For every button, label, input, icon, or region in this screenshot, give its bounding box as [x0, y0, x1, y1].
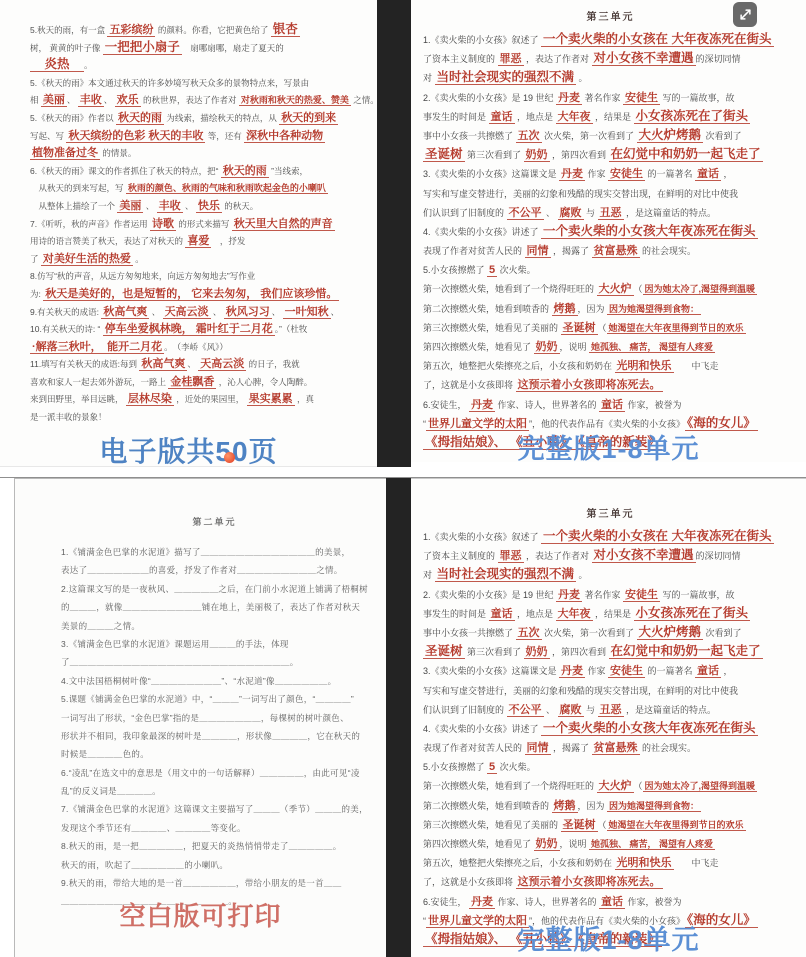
doc-body: 1.《卖火柴的小女孩》叙述了 一个卖火柴的小女孩在 大年夜冻死在街头了资本主义制…: [423, 29, 798, 451]
document-preview-canvas: 5.秋天的雨，有一盒 五彩缤纷 的颜料。你看，它把黄色给了 银杏树， 黄黄的叶子…: [0, 0, 806, 957]
question-text: 表现了作者对贫苦人民的: [423, 246, 525, 256]
answer-text: 她孤独、 痛苦， 渴望有人疼爱: [589, 342, 715, 353]
question-text: ，结果是: [593, 609, 634, 619]
answer-text: 童话: [489, 111, 515, 124]
answer-text: 小女孩冻死在了街头: [634, 109, 751, 124]
question-text: 之情。: [351, 95, 377, 105]
doc-line: 的＿＿＿，就像＿＿＿＿＿＿＿＿＿铺在地上，美丽极了，表达了作者对秋天: [61, 597, 368, 615]
answer-text: 一个卖火柴的小女孩大年夜冻死在街头: [541, 721, 758, 736]
answer-text: 秋风习习: [224, 306, 272, 319]
question-text: 从整体上描绘了一个: [30, 201, 117, 211]
question-text: （: [634, 781, 643, 791]
answer-text: 丹麦: [559, 665, 585, 678]
doc-line: 3.《卖火柴的小女孩》这篇课文是 丹麦 作家 安徒生 的一篇著名 童话 ，: [423, 163, 798, 182]
answer-text: 5: [487, 264, 497, 277]
question-text: 了资本主义制度的: [423, 54, 498, 64]
question-text: ，说明: [560, 839, 590, 849]
question-text: 2.这篇课文写的是一夜秋风、＿＿＿＿＿之后，在门前小水泥道上铺满了梧桐树: [61, 584, 368, 594]
question-text: 7.《铺满金色巴掌的水泥道》这篇课文主要描写了＿＿＿（季节）＿＿＿的美，: [61, 804, 368, 814]
question-text: ，表达了作者对: [524, 54, 592, 64]
question-text: ，是这篇童话的特点。: [624, 705, 717, 715]
question-text: 的秋世界，表达了作者对: [141, 95, 239, 105]
question-text: 第三次擦燃火柴，她看见了美丽的: [423, 323, 561, 333]
doc-line: 喜欢和家人一起去郊外游玩，一路上 金桂飘香 ，沁人心脾，令人陶醉。: [30, 372, 367, 390]
question-text: 第三次看到了: [465, 150, 524, 160]
expand-icon: [738, 7, 753, 22]
question-text: 第一次擦燃火柴，她看到了一个烧得旺旺的: [423, 284, 597, 294]
answer-text: 烤鹅: [552, 303, 578, 316]
question-text: （: [634, 284, 643, 294]
doc-line: 7.《听听，秋的声音》作者运用 诗歌 的形式来描写 秋天里大自然的声音: [30, 214, 367, 232]
doc-line: 第二次擦燃火柴，她看到喷香的 烤鹅，因为 因为她渴望得到食物：: [423, 298, 798, 317]
question-text: 相: [30, 95, 41, 105]
question-text: 的日子，我就: [246, 359, 299, 369]
question-text: 的一篇著名: [645, 169, 695, 179]
question-text: 事发生的时间是: [423, 609, 489, 619]
question-text: 第五次，她整把火柴擦亮之后，小女孩和奶奶在: [423, 361, 615, 371]
answer-text: 停车坐爱枫林晚， 霜叶红于二月花: [103, 323, 275, 336]
question-text: 秋天的雨，吹起了＿＿＿＿＿＿的小喇叭。: [61, 860, 228, 870]
answer-text: 奶奶: [534, 341, 560, 354]
answer-text: 贫富悬殊: [592, 742, 640, 755]
question-text: ，表达了作者对: [524, 551, 592, 561]
doc-body: 1.《卖火柴的小女孩》叙述了 一个卖火柴的小女孩在 大年夜冻死在街头了资本主义制…: [423, 526, 798, 948]
answer-text: 因为她渴望得到食物：: [607, 801, 701, 812]
question-text: 1.《铺满金色巴掌的水泥道》描写了＿＿＿＿＿＿＿＿＿＿＿＿＿的美景，: [61, 547, 350, 557]
question-text: 表现了作者对贫苦人民的: [423, 743, 525, 753]
doc-line: 2.《卖火柴的小女孩》是 19 世纪 丹麦 著名作家 安徒生 写的一篇故事，故: [423, 87, 798, 106]
question-text: 、: [272, 307, 283, 317]
question-text: 、: [544, 208, 558, 218]
question-text: 作家，被誉为: [625, 400, 682, 410]
doc-line: 们认识到了旧制度的 不公平 、 腐败 与 丑恶 ，是这篇童话的特点。: [423, 202, 798, 221]
question-text: 第三次擦燃火柴，她看见了美丽的: [423, 820, 561, 830]
doc-line: 第一次擦燃火柴，她看到了一个烧得旺旺的 大火炉（因为她太冷了,渴望得到温暖: [423, 775, 798, 794]
doc-line: 11.填写有关秋天的成语:每到 秋高气爽、 天高云淡 的日子，我就: [30, 354, 367, 372]
answer-text: ·解落三秋叶， 能开二月花: [30, 341, 164, 354]
answer-text: 同情: [525, 742, 551, 755]
answer-text: 天高云淡: [198, 358, 246, 371]
question-text: 3.《铺满金色巴掌的水泥道》课题运用＿＿＿的手法，体现: [61, 639, 289, 649]
doc-line: 第二次擦燃火柴，她看到喷香的 烤鹅，因为 因为她渴望得到食物：: [423, 795, 798, 814]
question-text: ，: [721, 666, 733, 676]
doc-line: 用诗的语言赞美了秋天，表达了对秋天的 喜爱 ，抒发: [30, 231, 367, 249]
answer-text: 大年夜: [556, 608, 593, 621]
question-text: ，结果是: [593, 112, 634, 122]
answer-text: 层林尽染: [126, 393, 174, 406]
answer-text: 丹麦: [556, 589, 582, 602]
doc-line: 4.文中法国梧桐树叶像“＿＿＿＿＿＿＿＿”、“水泥道”像＿＿＿＿＿＿。: [61, 671, 368, 689]
doc-line: 形状并不相同，我印象最深的树叶是＿＿＿＿，形状像＿＿＿＿，它在秋天的: [61, 726, 368, 744]
question-text: 、: [331, 307, 340, 317]
answer-text: 丹麦: [559, 168, 585, 181]
answer-text: 植物准备过冬: [30, 147, 100, 160]
answer-text: 圣诞树: [561, 322, 598, 335]
question-text: 事中小女孩一共擦燃了: [423, 131, 516, 141]
answer-text: 对美好生活的热爱: [41, 253, 133, 266]
question-text: 作家: [585, 169, 608, 179]
question-text: 5.秋天的雨，有一盒: [30, 25, 107, 35]
answer-text: 圣诞树: [423, 644, 465, 659]
answer-text: 在幻觉中和奶奶一起飞走了: [609, 147, 763, 162]
question-text: 、: [183, 201, 196, 211]
question-text: ，因为: [578, 801, 608, 811]
doc-line: 时候是＿＿＿＿色的。: [61, 744, 368, 762]
question-text: ，沁人心脾，令人陶醉。: [216, 377, 312, 387]
doc-line: 第五次，她整把火柴擦亮之后，小女孩和奶奶在 光明和快乐 中飞走: [423, 355, 798, 374]
question-text: 7.《听听，秋的声音》作者运用: [30, 219, 150, 229]
question-text: 了，这就是小女孩即将: [423, 380, 516, 390]
doc-line: 4.《卖火柴的小女孩》讲述了 一个卖火柴的小女孩大年夜冻死在街头: [423, 221, 798, 240]
answer-text: 安徒生: [623, 589, 660, 602]
question-text: 乱”的反义词是＿＿＿＿。: [61, 786, 161, 796]
question-text: 。: [576, 73, 588, 83]
question-text: ，说明: [560, 342, 590, 352]
question-text: ”当线索，: [269, 166, 308, 176]
question-text: ，近处的果园里，: [174, 394, 247, 404]
doc-line: 乱”的反义词是＿＿＿＿。: [61, 781, 368, 799]
answer-text: 丰收: [157, 200, 183, 213]
question-text: 8.秋天的雨，是一把＿＿＿＿＿，把夏天的炎热悄悄带走了＿＿＿＿＿。: [61, 841, 342, 851]
doc-line: 9.秋天的雨，带给大地的是一首＿＿＿＿＿＿，带给小朋友的是一首＿＿: [61, 873, 368, 891]
question-text: 写起、写: [30, 131, 66, 141]
question-text: 著名作家: [582, 93, 623, 103]
answer-text: 腐败: [558, 704, 584, 717]
doc-line: 5.小女孩擦燃了 5 次火柴。: [423, 259, 798, 278]
answer-text: 安徒生: [623, 92, 660, 105]
footer-complete-version: 完整版1-8单元: [411, 427, 806, 462]
doc-line: 植物准备过冬 的情景。: [30, 143, 367, 161]
question-text: 作家，被誉为: [625, 897, 682, 907]
question-text: 的颜料。你看，它把黄色给了: [155, 25, 270, 35]
answer-text: 对小女孩不幸遭遇: [592, 51, 696, 66]
answer-text: 五次: [516, 130, 542, 143]
answer-text: 喜爱: [185, 235, 211, 248]
answer-text: 大火炉: [597, 283, 634, 296]
doc-line: 圣诞树 第三次看到了 奶奶 ，第四次看到 在幻觉中和奶奶一起飞走了: [423, 144, 798, 163]
question-text: 表达了＿＿＿＿＿＿＿的喜爱，抒发了作者对＿＿＿＿＿＿＿＿＿之情。: [61, 565, 343, 575]
answer-text: 大火炉烤鹅: [637, 625, 704, 640]
doc-line: 炎热 。: [30, 55, 367, 73]
answer-text: 5: [487, 761, 497, 774]
expand-button[interactable]: [733, 2, 757, 27]
doc-line: 3.《卖火柴的小女孩》这篇课文是 丹麦 作家 安徒生 的一篇著名 童话 ，: [423, 660, 798, 679]
doc-line: 9.有关秋天的成语: 秋高气爽 、 天高云淡 、 秋风习习、 一叶知秋、: [30, 302, 367, 320]
footer-electronic-version: 电子版共50页: [0, 430, 377, 467]
doc-line: 了资本主义制度的 罪恶 ，表达了作者对 对小女孩不幸遭遇的深切同情: [423, 545, 798, 564]
question-text: 是一派丰收的景象！: [30, 412, 107, 422]
question-text: 4.《卖火柴的小女孩》讲述了: [423, 227, 541, 237]
question-text: ，地点是: [515, 112, 556, 122]
question-text: ，地点是: [515, 609, 556, 619]
question-text: 10.有关秋天的诗: “: [30, 324, 103, 334]
answer-text: 在幻觉中和奶奶一起飞走了: [609, 644, 763, 659]
doc-line: 5.《秋天的雨》作者以 秋天的雨 为线索，描绘秋天的特点，从 秋天的到来: [30, 108, 367, 126]
answer-text: 小女孩冻死在了街头: [634, 606, 751, 621]
doc-line: 6.安徒生， 丹麦 作家、诗人，世界著名的 童话 作家，被誉为: [423, 394, 798, 413]
question-text: 4.文中法国梧桐树叶像“＿＿＿＿＿＿＿＿”、“水泥道”像＿＿＿＿＿＿。: [61, 676, 336, 686]
answer-text: 一个卖火柴的小女孩在 大年夜冻死在街头: [541, 529, 773, 544]
question-text: 、: [544, 705, 558, 715]
question-text: 为:: [30, 289, 43, 299]
question-text: 中飞走: [674, 361, 719, 371]
doc-line: 了资本主义制度的 罪恶 ，表达了作者对 对小女孩不幸遭遇的深切同情: [423, 48, 798, 67]
doc-line: 第三次擦燃火柴，她看见了美丽的 圣诞树（她渴望在大年夜里得到节日的欢乐: [423, 814, 798, 833]
page-top-left-autumn-rain-answers: 5.秋天的雨，有一盒 五彩缤纷 的颜料。你看，它把黄色给了 银杏树， 黄黄的叶子…: [0, 0, 377, 467]
answer-text: 对秋雨和秋天的热爱、赞美: [239, 95, 351, 106]
question-text: 为线索，描绘秋天的特点，从: [164, 113, 279, 123]
question-text: 次火柴。: [497, 265, 536, 275]
doc-line: 美景的＿＿＿之情。: [61, 616, 368, 634]
question-text: 从秋天的到来写起，写: [30, 183, 126, 193]
question-text: 的社会现实。: [640, 246, 697, 256]
question-text: 一词写出了形状，“金色巴掌”指的是＿＿＿＿＿＿＿，每棵树的树叶颜色、: [61, 713, 349, 723]
question-text: 的情景。: [100, 148, 136, 158]
answer-text: 圣诞树: [561, 819, 598, 832]
question-text: 的社会现实。: [640, 743, 697, 753]
doc-line: 从秋天的到来写起，写 秋雨的颜色、秋雨的气味和秋雨吹起金色的小喇叭: [30, 178, 367, 196]
answer-text: 秋天里大自然的声音: [232, 218, 335, 231]
question-text: （: [598, 820, 607, 830]
doc-line: 1.《卖火柴的小女孩》叙述了 一个卖火柴的小女孩在 大年夜冻死在街头: [423, 526, 798, 545]
doc-line: 从整体上描绘了一个 美丽 、 丰收 、 快乐 的秋天。: [30, 196, 367, 214]
answer-text: 罪恶: [498, 53, 524, 66]
doc-line: ·解落三秋叶， 能开二月花。 （李峤《风》）: [30, 337, 367, 355]
question-text: 写实和写虚交替进行，美丽的幻象和残酷的现实交替出现，在鲜明的对比中使我: [423, 686, 738, 696]
answer-text: 安徒生: [608, 168, 645, 181]
doc-line: 2.这篇课文写的是一夜秋风、＿＿＿＿＿之后，在门前小水泥道上铺满了梧桐树: [61, 579, 368, 597]
question-text: 与: [584, 208, 598, 218]
question-text: 5.小女孩擦燃了: [423, 762, 487, 772]
answer-text: 因为她太冷了,渴望得到温暖: [643, 781, 758, 792]
answer-text: 丑恶: [598, 704, 624, 717]
answer-text: 秋天的到来: [279, 112, 338, 125]
question-text: 了: [30, 254, 41, 264]
answer-text: 因为她太冷了,渴望得到温暖: [643, 284, 758, 295]
answer-text: 美丽: [41, 94, 67, 107]
question-text: 扇哪扇哪，扇走了夏天的: [182, 43, 284, 53]
question-text: 、: [149, 307, 162, 317]
dark-divider-strip-top: [377, 0, 411, 467]
question-text: 写的一篇故事，故: [660, 93, 735, 103]
question-text: 第二次擦燃火柴，她看到喷香的: [423, 801, 552, 811]
question-text: 们认识到了旧制度的: [423, 705, 507, 715]
question-text: 了＿＿＿＿＿＿＿＿＿＿＿＿＿＿＿＿＿＿＿＿＿＿＿＿＿。: [61, 657, 299, 667]
doc-line: 5.课题《铺满金色巴掌的水泥道》中，“＿＿＿”一词写出了颜色，“＿＿＿＿”: [61, 689, 368, 707]
question-text: 。”（杜牧: [275, 324, 308, 334]
answer-text: 不公平: [507, 704, 544, 717]
doc-line: 为: 秋天是美好的，也是短暂的， 它来去匆匆， 我们应该珍惜。: [30, 284, 367, 302]
answer-text: 欢乐: [115, 94, 141, 107]
doc-line: 来到田野里，举目远眺， 层林尽染 ，近处的果园里， 果实累累 ，真: [30, 389, 367, 407]
doc-line: 第四次擦燃火柴，她看见了 奶奶，说明 她孤独、 痛苦， 渴望有人疼爱: [423, 336, 798, 355]
question-text: ，抒发: [211, 236, 245, 246]
doc-line: 6.“凌乱”在选文中的意思是（用文中的一句话解释）＿＿＿＿＿，由此可见“凌: [61, 763, 368, 781]
answer-text: 烤鹅: [552, 800, 578, 813]
doc-line: 了 对美好生活的热爱 。: [30, 249, 367, 267]
page-bottom-right-unit3-answers: 第三单元 1.《卖火柴的小女孩》叙述了 一个卖火柴的小女孩在 大年夜冻死在街头了…: [411, 478, 806, 957]
question-text: 对: [423, 73, 435, 83]
answer-text: 果实累累: [247, 393, 295, 406]
question-text: 来到田野里，举目远眺，: [30, 394, 126, 404]
doc-line: 对 当时社会现实的强烈不满 。: [423, 564, 798, 583]
question-text: 用诗的语言赞美了秋天，表达了对秋天的: [30, 236, 185, 246]
question-text: 的＿＿＿，就像＿＿＿＿＿＿＿＿＿铺在地上，美丽极了，表达了作者对秋天: [61, 602, 360, 612]
answer-text: 奶奶: [524, 646, 550, 659]
doc-line: 第五次，她整把火柴擦亮之后，小女孩和奶奶在 光明和快乐 中飞走: [423, 852, 798, 871]
page-top-right-unit3-answers: 第三单元 1.《卖火柴的小女孩》叙述了 一个卖火柴的小女孩在 大年夜冻死在街头了…: [411, 0, 806, 462]
question-text: 事中小女孩一共擦燃了: [423, 628, 516, 638]
doc-line: 8.秋天的雨，是一把＿＿＿＿＿，把夏天的炎热悄悄带走了＿＿＿＿＿。: [61, 836, 368, 854]
question-text: 的一篇著名: [645, 666, 695, 676]
question-text: 2.《卖火柴的小女孩》是 19 世纪: [423, 93, 556, 103]
answer-text: 深秋中各种动物: [244, 130, 325, 143]
doc-line: 写实和写虚交替进行，美丽的幻象和残酷的现实交替出现，在鲜明的对比中使我: [423, 680, 798, 699]
answer-text: 童话: [695, 168, 721, 181]
question-text: 次看到了: [703, 628, 742, 638]
question-text: 作家、诗人，世界著名的: [495, 400, 599, 410]
question-text: 们认识到了旧制度的: [423, 208, 507, 218]
question-text: 5.小女孩擦燃了: [423, 265, 487, 275]
question-text: 、: [211, 307, 224, 317]
question-text: 对: [423, 570, 435, 580]
answer-text: 大年夜: [556, 111, 593, 124]
question-text: 作家、诗人，世界著名的: [495, 897, 599, 907]
answer-text: 安徒生: [608, 665, 645, 678]
answer-text: 一叶知秋: [283, 306, 331, 319]
doc-line: 5.秋天的雨，有一盒 五彩缤纷 的颜料。你看，它把黄色给了 银杏: [30, 20, 367, 38]
question-text: 6.安徒生，: [423, 400, 469, 410]
answer-text: 光明和快乐: [615, 360, 674, 373]
page-bottom-left-unit2-blank: 第二单元 1.《铺满金色巴掌的水泥道》描写了＿＿＿＿＿＿＿＿＿＿＿＿＿的美景，表…: [14, 478, 386, 957]
doc-line: 2.《卖火柴的小女孩》是 19 世纪 丹麦 著名作家 安徒生 写的一篇故事，故: [423, 584, 798, 603]
answer-text: 她渴望在大年夜里得到节日的欢乐: [607, 820, 746, 831]
question-text: 写的一篇故事，故: [660, 590, 735, 600]
question-text: 、: [187, 359, 198, 369]
doc-line: 4.《卖火柴的小女孩》讲述了 一个卖火柴的小女孩大年夜冻死在街头: [423, 718, 798, 737]
question-text: 6.“凌乱”在选文中的意思是（用文中的一句话解释）＿＿＿＿＿，由此可见“凌: [61, 768, 360, 778]
question-text: 的深切同情: [696, 54, 741, 64]
answer-text: 一个卖火柴的小女孩大年夜冻死在街头: [541, 224, 758, 239]
question-text: 、: [104, 95, 115, 105]
question-text: 著名作家: [582, 590, 623, 600]
doc-line: 5.小女孩擦燃了 5 次火柴。: [423, 756, 798, 775]
question-text: 第二次擦燃火柴，她看到喷香的: [423, 304, 552, 314]
question-text: 1.《卖火柴的小女孩》叙述了: [423, 35, 541, 45]
question-text: 5.课题《铺满金色巴掌的水泥道》中，“＿＿＿”一词写出了颜色，“＿＿＿＿”: [61, 694, 354, 704]
answer-text: 秋天是美好的，也是短暂的， 它来去匆匆， 我们应该珍惜。: [43, 288, 339, 301]
answer-text: 丑恶: [598, 207, 624, 220]
answer-text: 美丽: [117, 200, 143, 213]
question-text: 次看到了: [703, 131, 742, 141]
question-text: （: [598, 323, 607, 333]
answer-text: 秋天的雨: [116, 112, 164, 125]
answer-text: 这预示着小女孩即将冻死去。: [516, 876, 663, 889]
answer-text: 丰收: [78, 94, 104, 107]
question-text: 次火柴，第一次看到了: [542, 131, 637, 141]
doc-body: 5.秋天的雨，有一盒 五彩缤纷 的颜料。你看，它把黄色给了 银杏树， 黄黄的叶子…: [30, 20, 367, 425]
doc-line: 5.《秋天的雨》本文通过秋天的许多妙境写秋天众多的景物特点来，写景由: [30, 73, 367, 91]
answer-text: 金桂飘香: [168, 376, 216, 389]
question-text: 3.《卖火柴的小女孩》这篇课文是: [423, 169, 559, 179]
answer-text: 一把把小扇子: [103, 40, 182, 55]
answer-text: 因为她渴望得到食物：: [607, 304, 701, 315]
answer-text: 五彩缤纷: [107, 24, 155, 37]
answer-text: 天高云淡: [163, 306, 211, 319]
doc-line: 7.《铺满金色巴掌的水泥道》这篇课文主要描写了＿＿＿（季节）＿＿＿的美，: [61, 799, 368, 817]
doc-line: 发现这个季节还有＿＿＿＿、＿＿＿＿等变化。: [61, 818, 368, 836]
doc-line: 秋天的雨，吹起了＿＿＿＿＿＿的小喇叭。: [61, 855, 368, 873]
doc-line: 相 美丽、 丰收、 欢乐 的秋世界，表达了作者对 对秋雨和秋天的热爱、赞美 之情…: [30, 90, 367, 108]
red-dot-marker: [224, 452, 235, 463]
question-text: 发现这个季节还有＿＿＿＿、＿＿＿＿等变化。: [61, 823, 246, 833]
doc-line: 是一派丰收的景象！: [30, 407, 367, 425]
question-text: ，揭露了: [551, 743, 592, 753]
question-text: 。: [84, 60, 93, 70]
answer-text: 秋天的雨: [221, 165, 269, 178]
doc-line: 6.安徒生， 丹麦 作家、诗人，世界著名的 童话 作家，被誉为: [423, 891, 798, 910]
answer-text: 诗歌: [150, 218, 176, 231]
question-text: 树， 黄黄的叶子像: [30, 43, 103, 53]
answer-text: 童话: [695, 665, 721, 678]
question-text: 美景的＿＿＿之情。: [61, 621, 140, 631]
question-text: 次火柴。: [497, 762, 536, 772]
answer-text: 秋雨的颜色、秋雨的气味和秋雨吹起金色的小喇叭: [126, 183, 328, 194]
answer-text: 奶奶: [534, 838, 560, 851]
answer-text: 不公平: [507, 207, 544, 220]
answer-text: 快乐: [196, 200, 222, 213]
question-text: 5.《秋天的雨》作者以: [30, 113, 116, 123]
question-text: 9.秋天的雨，带给大地的是一首＿＿＿＿＿＿，带给小朋友的是一首＿＿: [61, 878, 342, 888]
answer-text: 贫富悬殊: [592, 245, 640, 258]
doc-line: 1.《铺满金色巴掌的水泥道》描写了＿＿＿＿＿＿＿＿＿＿＿＿＿的美景，: [61, 542, 368, 560]
answer-text: 丹麦: [556, 92, 582, 105]
answer-text: 丹麦: [469, 896, 495, 909]
question-text: 。: [576, 570, 588, 580]
answer-text: 对小女孩不幸遭遇: [592, 548, 696, 563]
answer-text: 这预示着小女孩即将冻死去。: [516, 379, 663, 392]
question-text: 11.填写有关秋天的成语:每到: [30, 359, 139, 369]
doc-line: 第一次擦燃火柴，她看到了一个烧得旺旺的 大火炉（因为她太冷了,渴望得到温暖: [423, 278, 798, 297]
doc-line: 们认识到了旧制度的 不公平 、 腐败 与 丑恶 ，是这篇童话的特点。: [423, 699, 798, 718]
question-text: 事发生的时间是: [423, 112, 489, 122]
doc-line: 树， 黄黄的叶子像 一把把小扇子 扇哪扇哪，扇走了夏天的: [30, 38, 367, 56]
question-text: 次火柴，第一次看到了: [542, 628, 637, 638]
page-title: 第二单元: [61, 515, 368, 528]
question-text: 等，还有: [205, 131, 244, 141]
doc-line: 了，这就是小女孩即将 这预示着小女孩即将冻死去。: [423, 871, 798, 890]
question-text: 形状并不相同，我印象最深的树叶是＿＿＿＿，形状像＿＿＿＿，它在秋天的: [61, 731, 360, 741]
doc-line: 表现了作者对贫苦人民的 同情 ，揭露了 贫富悬殊 的社会现实。: [423, 737, 798, 756]
question-text: 3.《卖火柴的小女孩》这篇课文是: [423, 666, 559, 676]
doc-line: 3.《铺满金色巴掌的水泥道》课题运用＿＿＿的手法，体现: [61, 634, 368, 652]
answer-text: 童话: [599, 399, 625, 412]
question-text: 第三次看到了: [465, 647, 524, 657]
answer-text: 一个卖火柴的小女孩在 大年夜冻死在街头: [541, 32, 773, 47]
doc-line: 事发生的时间是 童话 ，地点是 大年夜 ，结果是 小女孩冻死在了街头: [423, 603, 798, 622]
question-text: 。: [133, 254, 144, 264]
question-text: 的形式来描写: [176, 219, 232, 229]
question-text: ，第四次看到: [550, 150, 609, 160]
question-text: 5.《秋天的雨》本文通过秋天的许多妙境写秋天众多的景物特点来，写景由: [30, 78, 309, 88]
answer-text: 大火炉: [597, 780, 634, 793]
question-text: 时候是＿＿＿＿色的。: [61, 749, 149, 759]
question-text: ，真: [295, 394, 314, 404]
question-text: 写实和写虚交替进行，美丽的幻象和残酷的现实交替出现，在鲜明的对比中使我: [423, 189, 738, 199]
answer-text: 当时社会现实的强烈不满: [435, 70, 577, 85]
page-title: 第三单元: [423, 505, 798, 520]
question-text: 第四次擦燃火柴，她看见了: [423, 342, 534, 352]
